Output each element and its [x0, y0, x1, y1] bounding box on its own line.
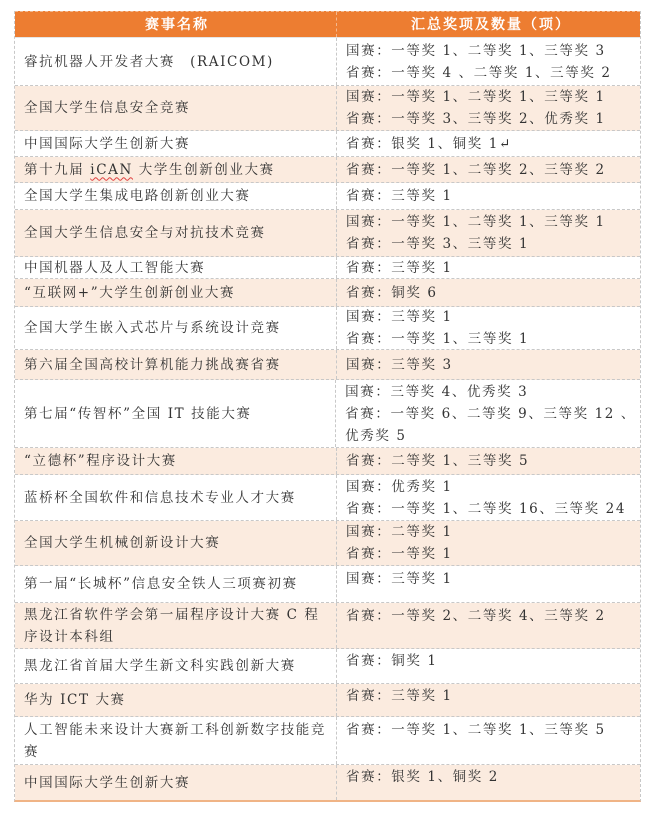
table-row: 黑龙江省软件学会第一届程序设计大赛 C 程序设计本科组 省赛：一等奖 2、二等奖…: [15, 603, 640, 649]
award-line: 省赛：三等奖 1: [346, 685, 636, 707]
awards-cell: 国赛：三等奖 1 省赛：一等奖 1、三等奖 1: [337, 307, 640, 349]
awards-cell: 国赛：一等奖 1、二等奖 1、三等奖 3 省赛：一等奖 4 、二等奖 1、三等奖…: [337, 38, 640, 85]
award-line: 国赛：二等奖 1: [346, 521, 636, 543]
table-row: 中国机器人及人工智能大赛 省赛：三等奖 1: [15, 257, 640, 279]
award-line: 省赛：银奖 1、铜奖 1↵: [346, 133, 636, 155]
table-row: 第十九届 iCAN 大学生创新创业大赛 省赛：一等奖 1、二等奖 2、三等奖 2: [15, 157, 640, 183]
awards-cell: 省赛：一等奖 2、二等奖 4、三等奖 2: [337, 603, 640, 648]
awards-cell: 国赛：优秀奖 1 省赛：一等奖 1、二等奖 16、三等奖 24: [337, 475, 640, 520]
table-row: 全国大学生嵌入式芯片与系统设计竞赛 国赛：三等奖 1 省赛：一等奖 1、三等奖 …: [15, 307, 640, 350]
award-line: 省赛：三等奖 1: [346, 185, 636, 207]
competition-name-cell: 全国大学生信息安全竞赛: [15, 86, 337, 130]
award-line: 省赛：银奖 1、铜奖 2: [346, 766, 636, 788]
awards-cell: 省赛：三等奖 1: [337, 257, 640, 278]
award-line: 省赛：三等奖 1: [346, 257, 636, 279]
awards-cell: 省赛：一等奖 1、二等奖 2、三等奖 2: [337, 157, 640, 182]
competition-name-cell: 中国国际大学生创新大赛: [15, 131, 337, 156]
competition-awards-table: 赛事名称 汇总奖项及数量（项） 睿抗机器人开发者大赛 (RAICOM) 国赛：一…: [14, 11, 641, 802]
competition-name-cell: 华为 ICT 大赛: [15, 684, 337, 716]
awards-cell: 国赛：三等奖 1: [337, 566, 640, 602]
table-row: 第六届全国高校计算机能力挑战赛省赛 国赛：三等奖 3: [15, 350, 640, 380]
table-row: 中国国际大学生创新大赛 省赛：银奖 1、铜奖 1↵: [15, 131, 640, 157]
competition-name-cell: 第十九届 iCAN 大学生创新创业大赛: [15, 157, 337, 182]
awards-cell: 国赛：一等奖 1、二等奖 1、三等奖 1 省赛：一等奖 3、三等奖 1: [337, 210, 640, 256]
awards-cell: 省赛：二等奖 1、三等奖 5: [337, 448, 640, 474]
award-line: 省赛：一等奖 2、二等奖 4、三等奖 2: [346, 605, 636, 627]
award-line: 省赛：一等奖 6、二等奖 9、三等奖 12 、: [345, 403, 636, 425]
competition-name-cell: 全国大学生嵌入式芯片与系统设计竞赛: [15, 307, 337, 349]
competition-name-cell: 中国机器人及人工智能大赛: [15, 257, 337, 278]
awards-cell: 省赛：银奖 1、铜奖 2: [337, 765, 640, 800]
header-award-summary: 汇总奖项及数量（项）: [337, 12, 640, 37]
competition-name-cell: 全国大学生集成电路创新创业大赛: [15, 183, 337, 209]
award-line: 省赛：二等奖 1、三等奖 5: [346, 450, 636, 472]
award-line: 省赛：一等奖 1: [346, 543, 636, 565]
competition-name-cell: 第一届“长城杯”信息安全铁人三项赛初赛: [15, 566, 337, 602]
awards-cell: 国赛：三等奖 3: [337, 350, 640, 379]
award-line: 国赛：三等奖 4、优秀奖 3: [345, 381, 636, 403]
competition-name-cell: 全国大学生信息安全与对抗技术竞赛: [15, 210, 337, 256]
award-line: 省赛：一等奖 1、二等奖 2、三等奖 2: [346, 159, 636, 181]
award-line: 省赛：铜奖 6: [346, 282, 636, 304]
table-header-row: 赛事名称 汇总奖项及数量（项）: [15, 11, 640, 38]
award-line: 省赛：一等奖 1、三等奖 1: [346, 328, 636, 350]
table-row: 黑龙江省首届大学生新文科实践创新大赛 省赛：铜奖 1: [15, 649, 640, 684]
competition-name-cell: 黑龙江省首届大学生新文科实践创新大赛: [15, 649, 337, 683]
table-row: 全国大学生信息安全竞赛 国赛：一等奖 1、二等奖 1、三等奖 1 省赛：一等奖 …: [15, 86, 640, 131]
competition-name-cell: 第六届全国高校计算机能力挑战赛省赛: [15, 350, 337, 379]
awards-cell: 国赛：一等奖 1、二等奖 1、三等奖 1 省赛：一等奖 3、三等奖 2、优秀奖 …: [337, 86, 640, 130]
table-row: 全国大学生信息安全与对抗技术竞赛 国赛：一等奖 1、二等奖 1、三等奖 1 省赛…: [15, 210, 640, 257]
award-line: 国赛：三等奖 1: [346, 306, 636, 328]
table-row: 第一届“长城杯”信息安全铁人三项赛初赛 国赛：三等奖 1: [15, 566, 640, 603]
table-row: 全国大学生机械创新设计大赛 国赛：二等奖 1 省赛：一等奖 1: [15, 521, 640, 566]
awards-cell: 省赛：银奖 1、铜奖 1↵: [337, 131, 640, 156]
table-row: 中国国际大学生创新大赛 省赛：银奖 1、铜奖 2: [15, 765, 640, 800]
award-line: 国赛：三等奖 3: [346, 354, 636, 376]
awards-cell: 国赛：二等奖 1 省赛：一等奖 1: [337, 521, 640, 565]
competition-name-cell: 中国国际大学生创新大赛: [15, 765, 337, 800]
competition-name-cell: 黑龙江省软件学会第一届程序设计大赛 C 程序设计本科组: [15, 603, 337, 648]
competition-name-cell: “互联网+”大学生创新创业大赛: [15, 279, 337, 306]
awards-cell: 省赛：三等奖 1: [337, 183, 640, 209]
award-line: 省赛：一等奖 4 、二等奖 1、三等奖 2: [346, 62, 636, 84]
award-line: 国赛：三等奖 1: [346, 568, 636, 590]
award-line: 省赛：铜奖 1: [346, 650, 636, 672]
table-row: 人工智能未来设计大赛新工科创新数字技能竞赛 省赛：一等奖 1、二等奖 1、三等奖…: [15, 717, 640, 765]
competition-name-cell: “立德杯”程序设计大赛: [15, 448, 337, 474]
table-row: 全国大学生集成电路创新创业大赛 省赛：三等奖 1: [15, 183, 640, 210]
award-line: 国赛：一等奖 1、二等奖 1、三等奖 3: [346, 40, 636, 62]
table-row: “立德杯”程序设计大赛 省赛：二等奖 1、三等奖 5: [15, 448, 640, 475]
award-line: 省赛：一等奖 1、二等奖 1、三等奖 5: [346, 719, 636, 741]
competition-name-cell: 蓝桥杯全国软件和信息技术专业人才大赛: [15, 475, 337, 520]
table-row: 睿抗机器人开发者大赛 (RAICOM) 国赛：一等奖 1、二等奖 1、三等奖 3…: [15, 38, 640, 86]
award-line: 省赛：一等奖 1、二等奖 16、三等奖 24: [346, 498, 636, 520]
award-line: 省赛：一等奖 3、三等奖 2、优秀奖 1: [346, 108, 636, 130]
awards-cell: 省赛：铜奖 1: [337, 649, 640, 683]
table-row: “互联网+”大学生创新创业大赛 省赛：铜奖 6: [15, 279, 640, 307]
awards-cell: 省赛：铜奖 6: [337, 279, 640, 306]
competition-name-cell: 全国大学生机械创新设计大赛: [15, 521, 337, 565]
table-row: 蓝桥杯全国软件和信息技术专业人才大赛 国赛：优秀奖 1 省赛：一等奖 1、二等奖…: [15, 475, 640, 521]
competition-name-cell: 第七届“传智杯”全国 IT 技能大赛: [15, 380, 336, 447]
award-line: 国赛：优秀奖 1: [346, 476, 636, 498]
awards-cell: 省赛：三等奖 1: [337, 684, 640, 716]
spellcheck-marked-word: iCAN: [90, 162, 133, 178]
table-row: 第七届“传智杯”全国 IT 技能大赛 国赛：三等奖 4、优秀奖 3 省赛：一等奖…: [15, 380, 640, 448]
award-line: 国赛：一等奖 1、二等奖 1、三等奖 1: [346, 86, 636, 108]
header-competition-name: 赛事名称: [15, 12, 337, 37]
awards-cell: 省赛：一等奖 1、二等奖 1、三等奖 5: [337, 717, 640, 764]
competition-name-cell: 人工智能未来设计大赛新工科创新数字技能竞赛: [15, 717, 337, 764]
competition-name-cell: 睿抗机器人开发者大赛 (RAICOM): [15, 38, 337, 85]
award-line: 优秀奖 5: [345, 425, 636, 447]
award-line: 国赛：一等奖 1、二等奖 1、三等奖 1: [346, 211, 636, 233]
awards-cell: 国赛：三等奖 4、优秀奖 3 省赛：一等奖 6、二等奖 9、三等奖 12 、 优…: [336, 380, 640, 447]
award-line: 省赛：一等奖 3、三等奖 1: [346, 233, 636, 255]
table-row: 华为 ICT 大赛 省赛：三等奖 1: [15, 684, 640, 717]
